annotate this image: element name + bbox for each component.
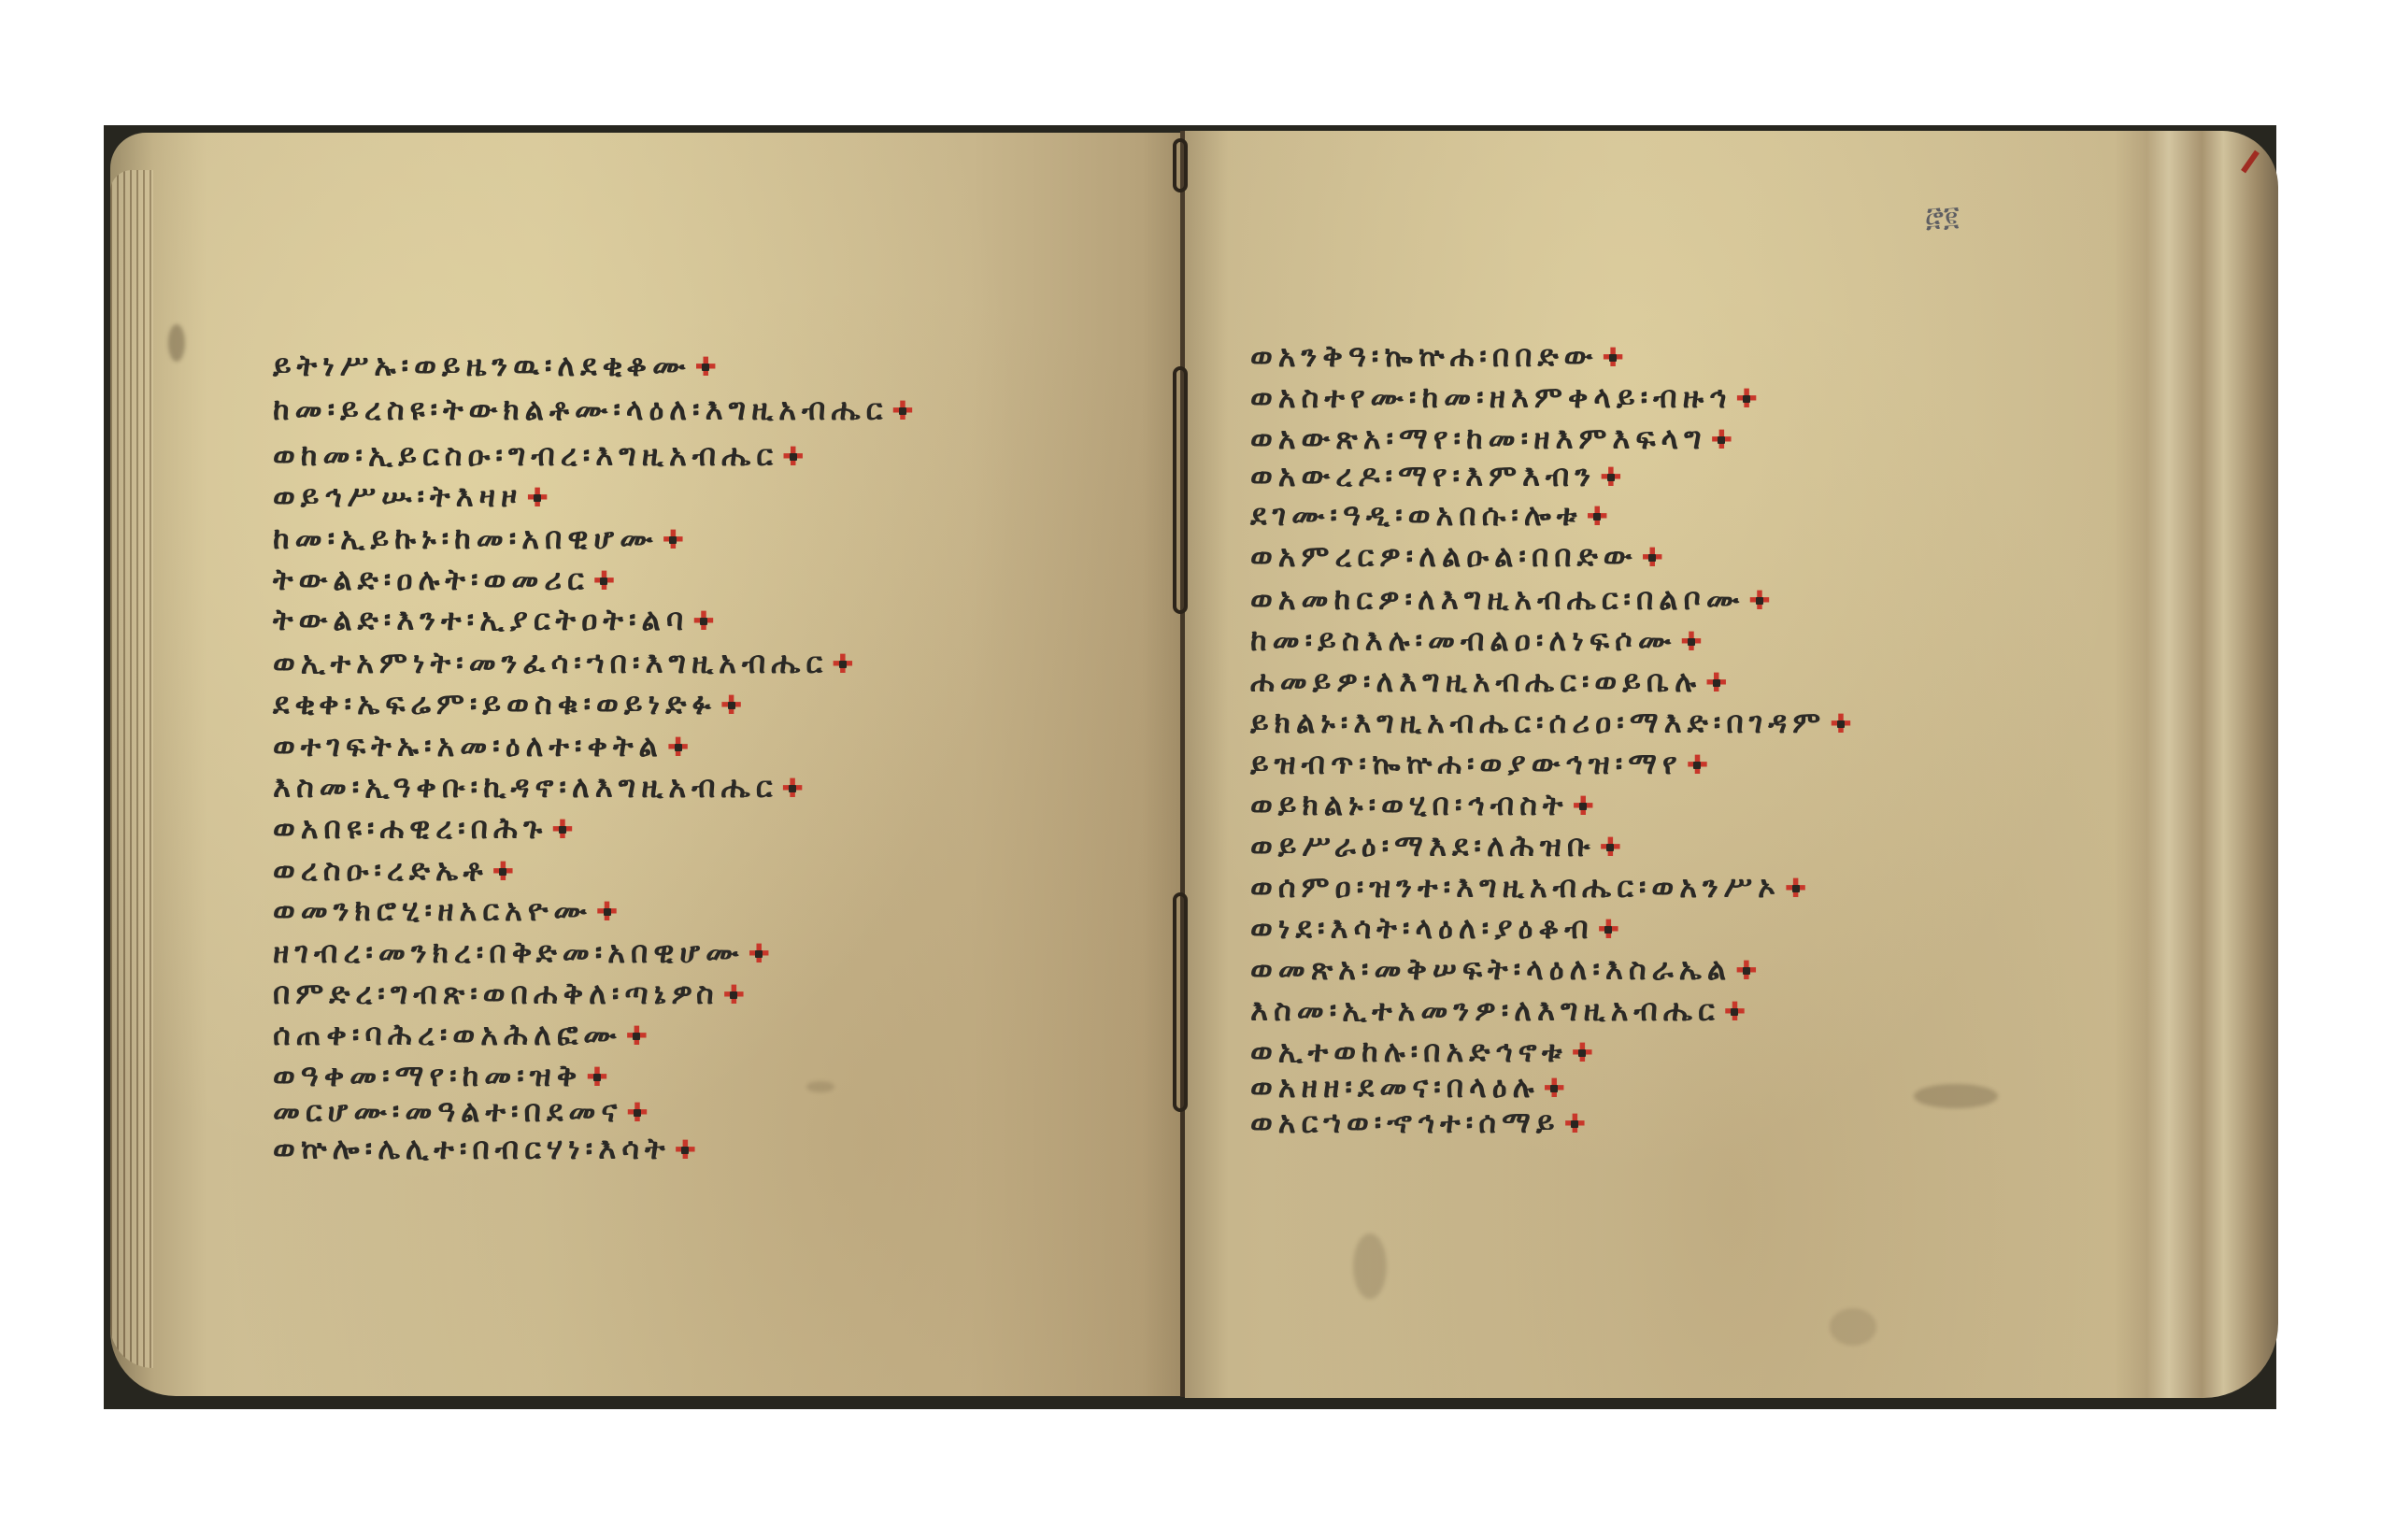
rubric-section-mark-icon: ✚ bbox=[1642, 542, 1663, 573]
line-text: ሐመይዎ፡ለእግዚአብሔር፡ወይቤሉ bbox=[1250, 663, 1702, 699]
rubric-section-mark-icon: ✚ bbox=[492, 856, 514, 887]
line-text: ይክልኑ፡እግዚአብሔር፡ሰሪዐ፡ማእድ፡በገዳም bbox=[1250, 705, 1826, 740]
manuscript-line: ወይኅሥሡ፡ትእዛዞ✚ bbox=[273, 478, 549, 515]
rubric-section-mark-icon: ✚ bbox=[723, 979, 745, 1010]
line-text: ወኵሎ፡ሌሊተ፡በብርሃነ፡እሳት bbox=[273, 1131, 671, 1166]
manuscript-line: ወአርኀወ፡ኆኅተ፡ሰማይ✚ bbox=[1250, 1105, 1586, 1141]
manuscript-line: ከመ፡ይረስዩ፡ትውክልቶሙ፡ላዕለ፡እግዚአብሔር✚ bbox=[273, 392, 914, 428]
manuscript-line: ወአመከርዎ፡ለእግዚአብሔር፡በልቦሙ✚ bbox=[1250, 581, 1771, 618]
manuscript-line: እስመ፡ኢዓቀቡ፡ኪዳኖ፡ለእግዚአብሔር✚ bbox=[273, 769, 804, 806]
rubric-section-mark-icon: ✚ bbox=[551, 814, 573, 845]
rubric-section-mark-icon: ✚ bbox=[1748, 585, 1770, 616]
manuscript-line: ወኵሎ፡ሌሊተ፡በብርሃነ፡እሳት✚ bbox=[273, 1131, 696, 1167]
folio-number: ፸፪ bbox=[1925, 201, 1959, 234]
manuscript-line: ወከመ፡ኢይርስዑ፡ግብረ፡እግዚአብሔር✚ bbox=[273, 437, 804, 474]
line-text: መርሆሙ፡መዓልተ፡በደመና bbox=[273, 1093, 622, 1129]
manuscript-line: ከመ፡ይስእሉ፡መብልዐ፡ለነፍሶሙ✚ bbox=[1250, 622, 1703, 659]
page-edges-left bbox=[110, 170, 153, 1368]
manuscript-line: ወአበዩ፡ሐዊረ፡በሕጉ✚ bbox=[273, 810, 574, 847]
rubric-section-mark-icon: ✚ bbox=[526, 482, 548, 513]
rubric-section-mark-icon: ✚ bbox=[1602, 342, 1623, 373]
line-text: ደገሙ፡ዓዲ፡ወአበሱ፡ሎቱ bbox=[1250, 497, 1582, 533]
manuscript-line: ወነደ፡እሳት፡ላዕለ፡ያዕቆብ✚ bbox=[1250, 910, 1619, 947]
manuscript-line: ወአስተየሙ፡ከመ፡ዘእምቀላይ፡ብዙኅ✚ bbox=[1250, 379, 1758, 416]
line-text: ወይሥራዕ፡ማእደ፡ለሕዝቡ bbox=[1250, 828, 1596, 863]
rubric-section-mark-icon: ✚ bbox=[720, 690, 742, 720]
book-spine bbox=[1180, 131, 1185, 1397]
rubric-section-mark-icon: ✚ bbox=[1586, 501, 1607, 532]
line-text: ወነደ፡እሳት፡ላዕለ፡ያዕቆብ bbox=[1250, 910, 1594, 946]
line-text: ወአምረርዎ፡ለልዑል፡በበድው bbox=[1250, 538, 1638, 574]
line-text: ትውልድ፡እንተ፡ኢያርትዐት፡ልባ bbox=[273, 602, 689, 637]
line-text: ይዝብጥ፡ኰኵሐ፡ወያውኅዝ፡ማየ bbox=[1250, 746, 1683, 781]
manuscript-line: ትውልድ፡እንተ፡ኢያርትዐት፡ልባ✚ bbox=[273, 602, 715, 638]
rubric-section-mark-icon: ✚ bbox=[596, 896, 618, 927]
manuscript-line: ወአንቅዓ፡ኰኵሐ፡በበድው✚ bbox=[1250, 338, 1624, 375]
manuscript-line: ትውልድ፡ዐሉት፡ወመሪር✚ bbox=[273, 562, 615, 598]
manuscript-line: መርሆሙ፡መዓልተ፡በደመና✚ bbox=[273, 1093, 649, 1130]
line-text: ወኢተአምነት፡መንፈሳ፡ኀበ፡እግዚአብሔር bbox=[273, 645, 828, 680]
rubric-section-mark-icon: ✚ bbox=[1785, 873, 1806, 904]
line-text: ወመንክሮሂ፡ዘአርአዮሙ bbox=[273, 892, 592, 928]
rubric-section-mark-icon: ✚ bbox=[593, 565, 615, 596]
rubric-section-mark-icon: ✚ bbox=[781, 773, 803, 804]
line-text: ከመ፡ይረስዩ፡ትውክልቶሙ፡ላዕለ፡እግዚአብሔር bbox=[273, 392, 888, 427]
manuscript-line: ወአምረርዎ፡ለልዑል፡በበድው✚ bbox=[1250, 538, 1663, 575]
line-text: ወአበዩ፡ሐዊረ፡በሕጉ bbox=[273, 810, 548, 846]
line-text: ወአውረዶ፡ማየ፡እምእብን bbox=[1250, 458, 1596, 493]
line-text: በምድረ፡ግብጽ፡ወበሐቅለ፡ጣኔዎስ bbox=[273, 976, 720, 1011]
manuscript-line: ወመጽአ፡መቅሠፍት፡ላዕለ፡እስራኤል✚ bbox=[1250, 951, 1758, 988]
line-text: ወኢተወከሉ፡በአድኅኖቱ bbox=[1250, 1034, 1568, 1069]
rubric-section-mark-icon: ✚ bbox=[891, 395, 913, 426]
line-text: ወመጽአ፡መቅሠፍት፡ላዕለ፡እስራኤል bbox=[1250, 951, 1732, 987]
manuscript-line: በምድረ፡ግብጽ፡ወበሐቅለ፡ጣኔዎስ✚ bbox=[273, 976, 745, 1012]
rubric-section-mark-icon: ✚ bbox=[1680, 626, 1702, 657]
stain bbox=[1914, 1084, 1998, 1108]
binding-stitch-middle bbox=[1173, 366, 1188, 614]
line-text: ወአስተየሙ፡ከመ፡ዘእምቀላይ፡ብዙኅ bbox=[1250, 379, 1732, 415]
rubric-section-mark-icon: ✚ bbox=[749, 938, 770, 969]
line-text: ወአዘዘ፡ደመና፡በላዕሉ bbox=[1250, 1069, 1539, 1105]
manuscript-line: ወአውጽአ፡ማየ፡ከመ፡ዘእምእፍላግ✚ bbox=[1250, 421, 1732, 457]
line-text: ከመ፡ኢይኩኑ፡ከመ፡አበዊሆሙ bbox=[273, 520, 659, 556]
manuscript-line: እስመ፡ኢተአመንዎ፡ለእግዚአብሔር✚ bbox=[1250, 992, 1746, 1029]
line-text: ወተገፍትኡ፡አመ፡ዕለተ፡ቀትል bbox=[273, 728, 663, 763]
line-text: እስመ፡ኢተአመንዎ፡ለእግዚአብሔር bbox=[1250, 992, 1720, 1028]
rubric-section-mark-icon: ✚ bbox=[692, 606, 714, 636]
line-text: ወአርኀወ፡ኆኅተ፡ሰማይ bbox=[1250, 1105, 1561, 1140]
rubric-section-mark-icon: ✚ bbox=[1735, 955, 1757, 986]
line-text: ወአመከርዎ፡ለእግዚአብሔር፡በልቦሙ bbox=[1250, 581, 1745, 617]
manuscript-line: ወዓቀመ፡ማየ፡ከመ፡ዝቅ✚ bbox=[273, 1058, 608, 1094]
line-text: ወይክልኑ፡ወሂበ፡ኅብስት bbox=[1250, 787, 1568, 822]
line-text: ወአንቅዓ፡ኰኵሐ፡በበድው bbox=[1250, 338, 1598, 374]
line-text: ይትነሥኡ፡ወይዜንዉ፡ለደቂቆሙ bbox=[273, 348, 691, 383]
line-text: ወረስዑ፡ረድኤቶ bbox=[273, 852, 489, 888]
line-text: ወከመ፡ኢይርስዑ፡ግብረ፡እግዚአብሔር bbox=[273, 437, 778, 473]
rubric-section-mark-icon: ✚ bbox=[1830, 708, 1851, 739]
line-text: ከመ፡ይስእሉ፡መብልዐ፡ለነፍሶሙ bbox=[1250, 622, 1676, 658]
rubric-section-mark-icon: ✚ bbox=[667, 732, 689, 763]
line-text: ደቂቀ፡ኤፍሬም፡ይወስቁ፡ወይነድፉ bbox=[273, 686, 717, 721]
manuscript-line: ወኢተአምነት፡መንፈሳ፡ኀበ፡እግዚአብሔር✚ bbox=[273, 645, 854, 681]
rubric-section-mark-icon: ✚ bbox=[1564, 1108, 1586, 1139]
manuscript-line: ወመንክሮሂ፡ዘአርአዮሙ✚ bbox=[273, 892, 618, 929]
manuscript-line: ከመ፡ኢይኩኑ፡ከመ፡አበዊሆሙ✚ bbox=[273, 520, 684, 557]
line-text: እስመ፡ኢዓቀቡ፡ኪዳኖ፡ለእግዚአብሔር bbox=[273, 769, 777, 805]
rubric-section-mark-icon: ✚ bbox=[1711, 424, 1732, 455]
manuscript-line: ወአዘዘ፡ደመና፡በላዕሉ✚ bbox=[1250, 1069, 1565, 1105]
rubric-section-mark-icon: ✚ bbox=[782, 441, 804, 472]
stain bbox=[1830, 1308, 1876, 1346]
manuscript-line: ወይሥራዕ፡ማእደ፡ለሕዝቡ✚ bbox=[1250, 828, 1621, 864]
rubric-section-mark-icon: ✚ bbox=[1598, 914, 1619, 945]
rubric-section-mark-icon: ✚ bbox=[694, 351, 716, 382]
stain bbox=[806, 1081, 834, 1092]
rubric-section-mark-icon: ✚ bbox=[1600, 832, 1621, 863]
rubric-section-mark-icon: ✚ bbox=[1724, 996, 1746, 1027]
rubric-section-mark-icon: ✚ bbox=[1543, 1073, 1564, 1104]
stain bbox=[168, 324, 185, 362]
manuscript-line: ወይክልኑ፡ወሂበ፡ኅብስት✚ bbox=[1250, 787, 1594, 823]
manuscript-line: ሰጠቀ፡ባሕረ፡ወአሕለፎሙ✚ bbox=[273, 1017, 648, 1053]
manuscript-line: ሐመይዎ፡ለእግዚአብሔር፡ወይቤሉ✚ bbox=[1250, 663, 1727, 700]
line-text: ወአውጽአ፡ማየ፡ከመ፡ዘእምእፍላግ bbox=[1250, 421, 1707, 456]
rubric-section-mark-icon: ✚ bbox=[1572, 1037, 1593, 1068]
line-text: ወይኅሥሡ፡ትእዛዞ bbox=[273, 478, 522, 514]
manuscript-line: ወአውረዶ፡ማየ፡እምእብን✚ bbox=[1250, 458, 1622, 494]
rubric-section-mark-icon: ✚ bbox=[1687, 749, 1708, 780]
manuscript-line: ወሰምዐ፡ዝንተ፡እግዚአብሔር፡ወአንሥኦ✚ bbox=[1250, 869, 1806, 905]
manuscript-line: ዘገብረ፡መንክረ፡በቅድመ፡አበዊሆሙ✚ bbox=[273, 934, 770, 971]
rubric-section-mark-icon: ✚ bbox=[675, 1134, 696, 1165]
manuscript-line: ወተገፍትኡ፡አመ፡ዕለተ፡ቀትል✚ bbox=[273, 728, 689, 764]
binding-stitch-lower bbox=[1173, 892, 1188, 1112]
manuscript-line: ይትነሥኡ፡ወይዜንዉ፡ለደቂቆሙ✚ bbox=[273, 348, 717, 384]
rubric-section-mark-icon: ✚ bbox=[626, 1097, 648, 1128]
rubric-section-mark-icon: ✚ bbox=[1735, 383, 1757, 414]
rubric-section-mark-icon: ✚ bbox=[586, 1062, 607, 1092]
rubric-section-mark-icon: ✚ bbox=[1600, 462, 1621, 492]
manuscript-line: ወኢተወከሉ፡በአድኅኖቱ✚ bbox=[1250, 1034, 1593, 1070]
rubric-section-mark-icon: ✚ bbox=[626, 1020, 648, 1051]
manuscript-line: ደገሙ፡ዓዲ፡ወአበሱ፡ሎቱ✚ bbox=[1250, 497, 1608, 534]
rubric-section-mark-icon: ✚ bbox=[1705, 667, 1727, 698]
line-text: ወዓቀመ፡ማየ፡ከመ፡ዝቅ bbox=[273, 1058, 582, 1093]
line-text: ሰጠቀ፡ባሕረ፡ወአሕለፎሙ bbox=[273, 1017, 622, 1052]
manuscript-line: ወረስዑ፡ረድኤቶ✚ bbox=[273, 852, 514, 889]
rubric-section-mark-icon: ✚ bbox=[832, 649, 853, 679]
manuscript-line: ይክልኑ፡እግዚአብሔር፡ሰሪዐ፡ማእድ፡በገዳም✚ bbox=[1250, 705, 1852, 741]
left-page bbox=[110, 133, 1185, 1396]
rubric-section-mark-icon: ✚ bbox=[1572, 791, 1593, 821]
manuscript-line: ይዝብጥ፡ኰኵሐ፡ወያውኅዝ፡ማየ✚ bbox=[1250, 746, 1708, 782]
rubric-section-mark-icon: ✚ bbox=[663, 524, 684, 555]
binding-stitch-top bbox=[1173, 138, 1188, 192]
line-text: ዘገብረ፡መንክረ፡በቅድመ፡አበዊሆሙ bbox=[273, 934, 745, 970]
stain bbox=[1353, 1233, 1387, 1299]
line-text: ወሰምዐ፡ዝንተ፡እግዚአብሔር፡ወአንሥኦ bbox=[1250, 869, 1781, 905]
line-text: ትውልድ፡ዐሉት፡ወመሪር bbox=[273, 562, 590, 597]
manuscript-line: ደቂቀ፡ኤፍሬም፡ይወስቁ፡ወይነድፉ✚ bbox=[273, 686, 742, 722]
